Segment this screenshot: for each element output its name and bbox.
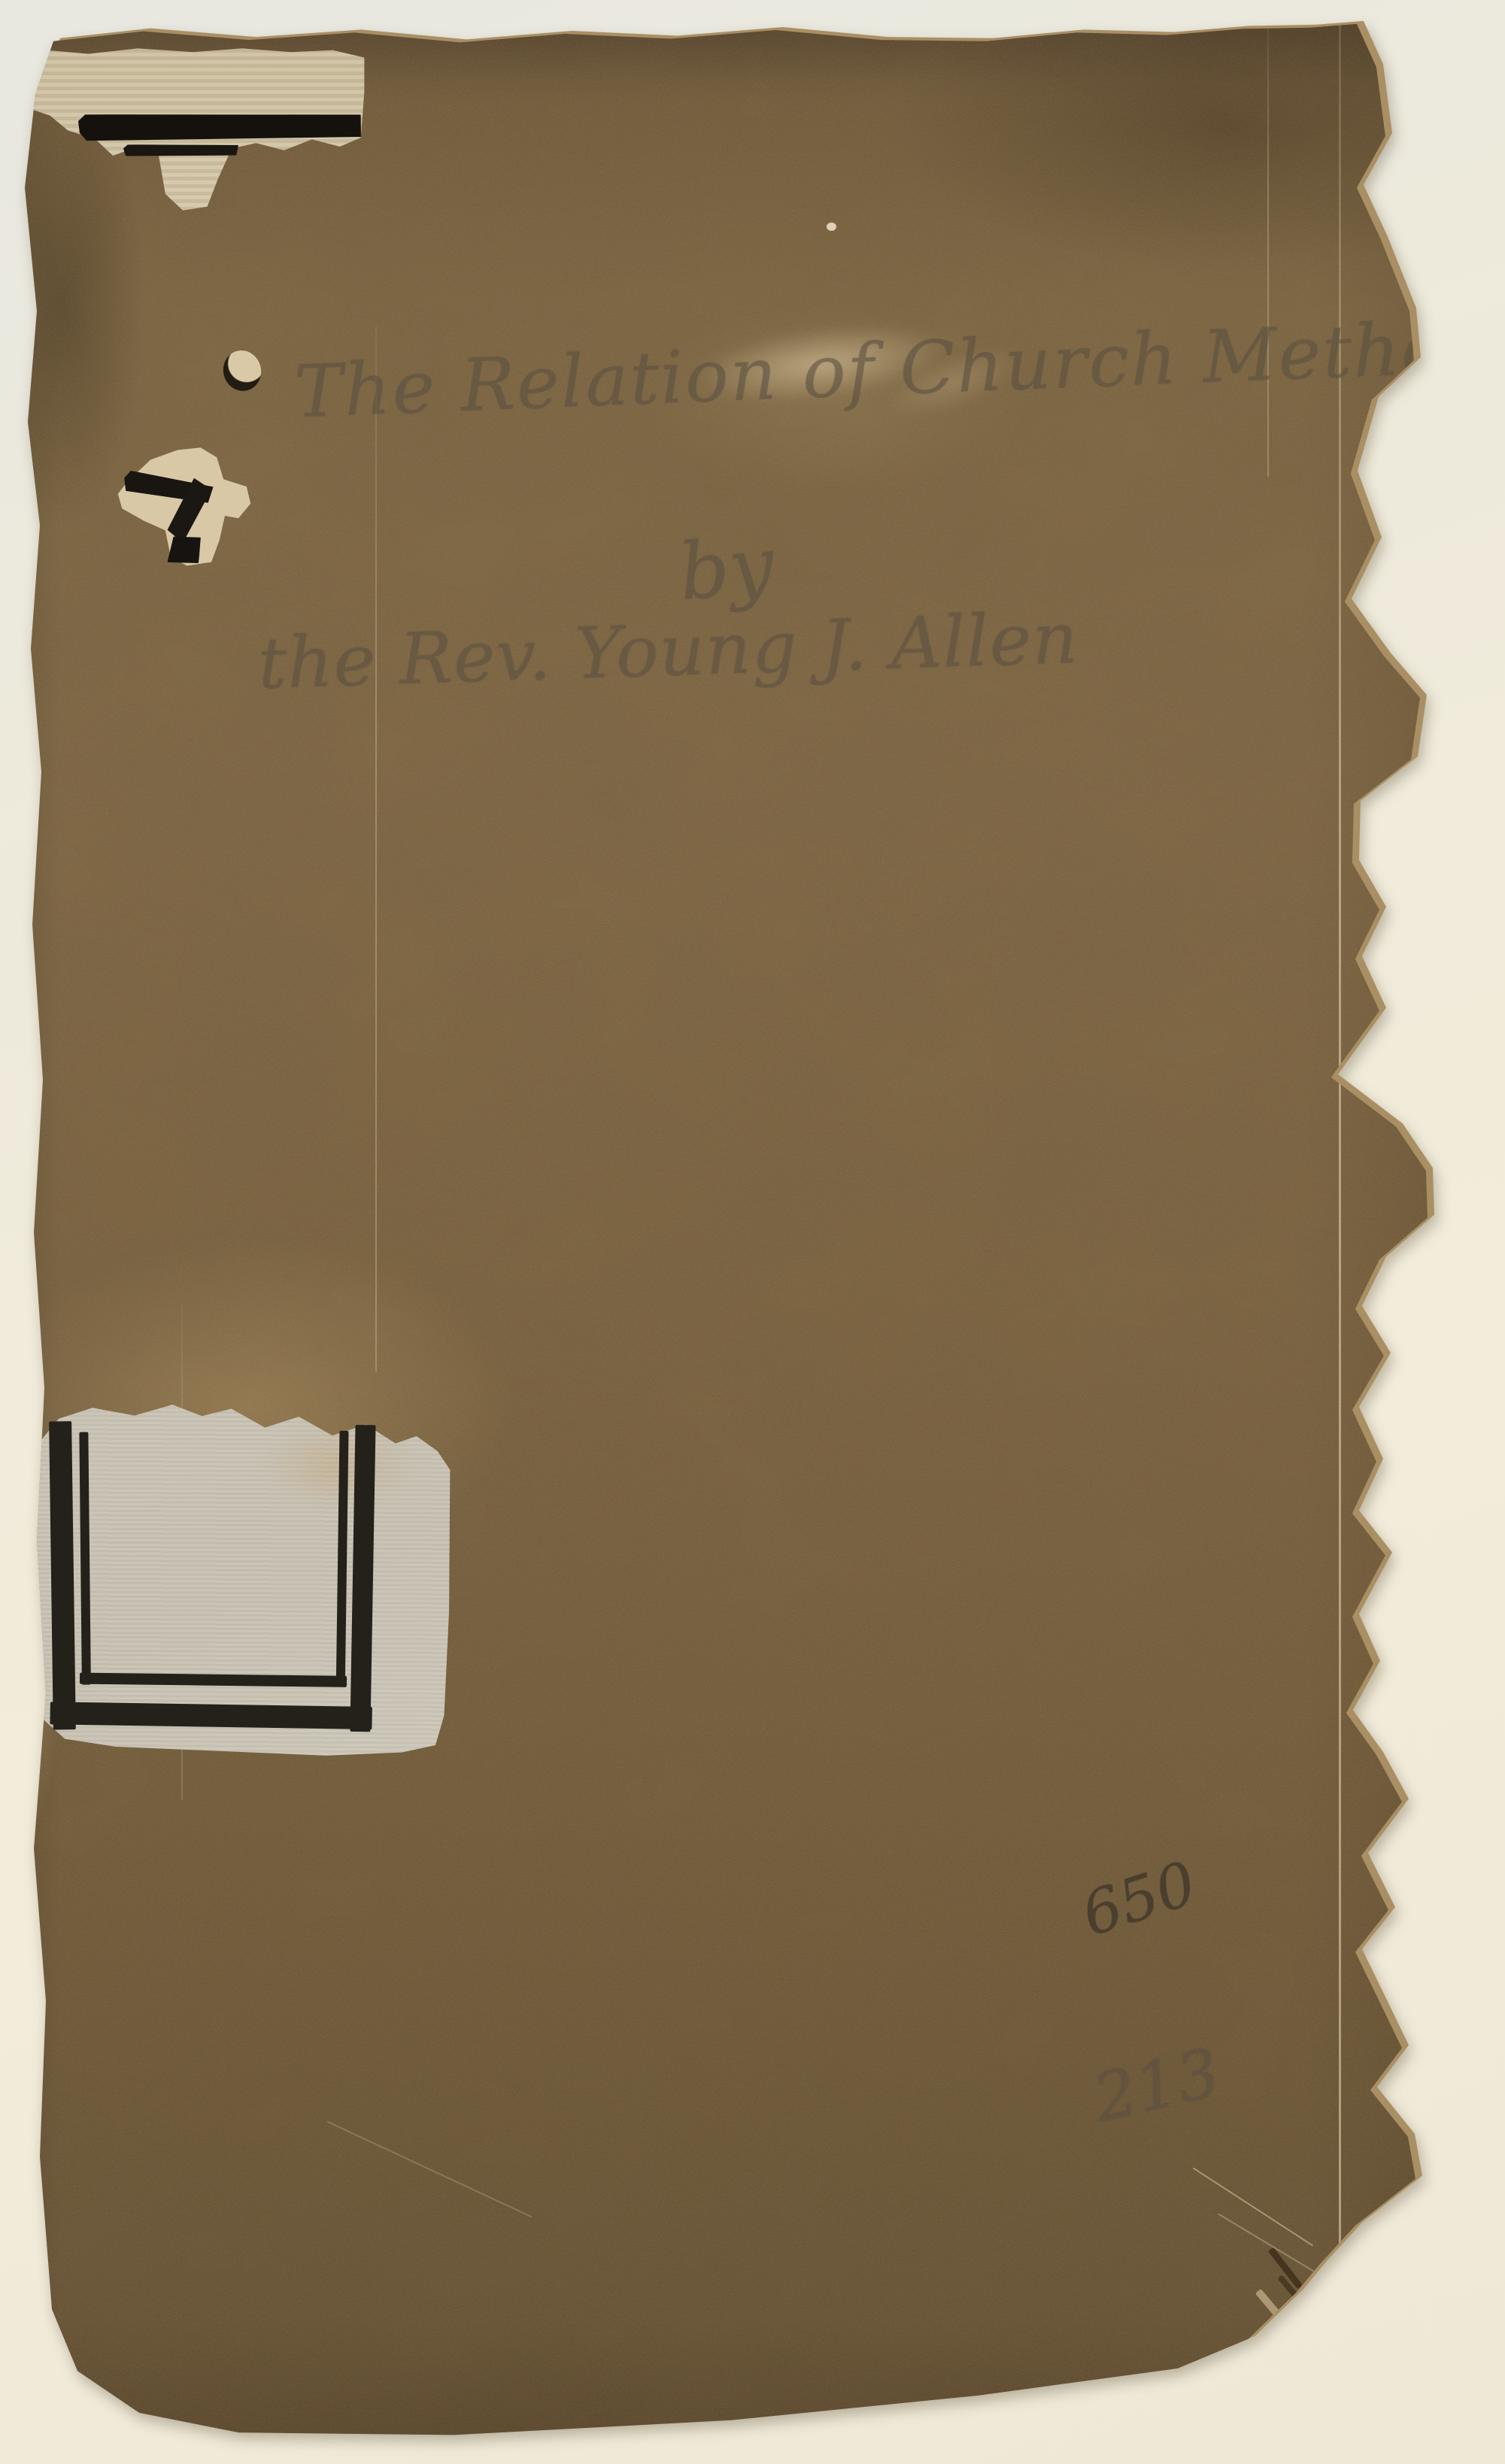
scanned-book-cover-page: The Relation of Church Methods by the Re…	[0, 0, 1505, 2464]
label-black-bar-thick	[78, 113, 361, 141]
torn-label-remnant	[19, 34, 368, 216]
bookplate-stain	[259, 1420, 417, 1511]
bookplate-border-left-outer	[49, 1421, 76, 1729]
handwriting-byline: by	[676, 526, 777, 612]
vertical-crease-center-left	[375, 326, 377, 1371]
cover-drop-shadow: The Relation of Church Methods by the Re…	[0, 0, 1505, 2464]
bookplate-label	[31, 1385, 454, 1760]
ink-mark-patch	[117, 445, 252, 567]
label-black-bar-thin	[123, 143, 238, 158]
vertical-crease-right-upper	[1267, 26, 1269, 477]
paper-speck	[827, 223, 836, 231]
book-cover: The Relation of Church Methods by the Re…	[0, 3, 1498, 2464]
